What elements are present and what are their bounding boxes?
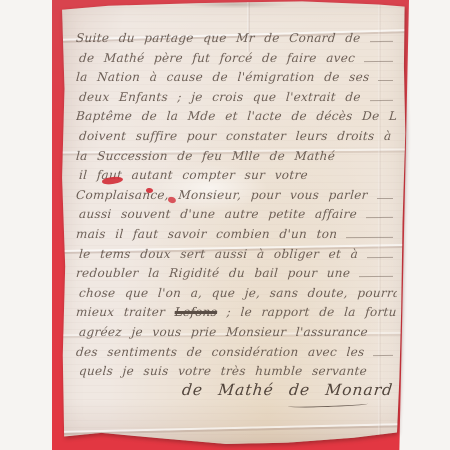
handwriting-line: Suite du partage que Mr de Conard de bbox=[76, 29, 397, 49]
handwriting-line: Baptême de la Mde et l'acte de décès De … bbox=[76, 107, 397, 127]
handwriting-text: mieux traiter Lefons ; le rapport de la … bbox=[76, 303, 397, 323]
pen-stroke-tail bbox=[366, 217, 393, 218]
pen-stroke-tail bbox=[378, 80, 393, 81]
strikethrough-word: Lefons bbox=[174, 305, 217, 319]
handwriting-text: deux Enfants ; je crois que l'extrait de bbox=[79, 88, 361, 108]
handwriting-line: quels je suis votre très humble servante bbox=[79, 362, 397, 382]
handwriting-line: de Mathé père fut forcé de faire avec bbox=[79, 49, 397, 69]
handwriting-line: redoubler la Rigidité du bail pour une bbox=[76, 264, 397, 284]
handwriting-block: Suite du partage que Mr de Conard dede M… bbox=[76, 29, 397, 382]
handwriting-line: aussi souvent d'une autre petite affaire bbox=[79, 205, 397, 225]
handwriting-line: deux Enfants ; je crois que l'extrait de bbox=[79, 88, 397, 108]
pen-stroke-tail bbox=[346, 237, 393, 238]
handwriting-text: Complaisance, Monsieur, pour vous parler bbox=[76, 186, 368, 206]
handwriting-line: agréez je vous prie Monsieur l'assurance bbox=[79, 323, 397, 343]
handwriting-line: doivent suffire pour constater leurs dro… bbox=[79, 127, 397, 147]
handwriting-line: chose que l'on a, que je, sans doute, po… bbox=[79, 284, 397, 304]
handwriting-line: Complaisance, Monsieur, pour vous parler bbox=[76, 186, 397, 206]
handwriting-line: il faut autant compter sur votre bbox=[79, 166, 397, 186]
handwriting-line: le tems doux sert aussi à obliger et à bbox=[79, 245, 397, 265]
handwriting-text: des sentiments de considération avec les bbox=[76, 343, 365, 363]
handwriting-text: la Nation à cause de l'émigration de ses bbox=[76, 68, 370, 88]
pen-stroke-tail bbox=[359, 276, 393, 277]
photo-background: Suite du partage que Mr de Conard dede M… bbox=[0, 0, 450, 450]
handwriting-text: Suite du partage que Mr de Conard de bbox=[76, 29, 361, 49]
signature: de Mathé de Monard bbox=[181, 381, 394, 399]
handwriting-text: chose que l'on a, que je, sans doute, po… bbox=[79, 284, 397, 304]
handwriting-line: mieux traiter Lefons ; le rapport de la … bbox=[76, 303, 397, 323]
handwriting-line: mais il faut savoir combien d'un ton bbox=[76, 225, 397, 245]
letter-paper-wrap: Suite du partage que Mr de Conard dede M… bbox=[60, 0, 406, 444]
pen-stroke-tail bbox=[370, 100, 393, 101]
handwriting-text: la Succession de feu Mlle de Mathé bbox=[76, 147, 336, 167]
pen-stroke-tail bbox=[370, 41, 393, 42]
handwriting-text: de Mathé père fut forcé de faire avec bbox=[79, 49, 356, 69]
handwriting-text: quels je suis votre très humble servante bbox=[79, 362, 368, 382]
pen-stroke-tail bbox=[377, 198, 393, 199]
handwriting-line: des sentiments de considération avec les bbox=[76, 343, 397, 363]
handwriting-text: redoubler la Rigidité du bail pour une bbox=[76, 264, 351, 284]
handwriting-text: le tems doux sert aussi à obliger et à bbox=[79, 245, 359, 265]
pen-stroke-tail bbox=[364, 60, 393, 61]
faint-ink-smudge bbox=[180, 1, 290, 8]
handwriting-text: Baptême de la Mde et l'acte de décès De … bbox=[76, 107, 397, 127]
pen-stroke-tail bbox=[367, 256, 393, 257]
signature-flourish bbox=[288, 402, 368, 409]
letter-paper: Suite du partage que Mr de Conard dede M… bbox=[60, 0, 406, 444]
handwriting-text: mais il faut savoir combien d'un ton bbox=[76, 225, 338, 245]
handwriting-line: la Succession de feu Mlle de Mathé bbox=[76, 147, 397, 167]
fold-crease bbox=[60, 423, 406, 435]
handwriting-text: aussi souvent d'une autre petite affaire bbox=[79, 205, 358, 225]
handwriting-text: agréez je vous prie Monsieur l'assurance bbox=[79, 323, 369, 343]
pen-stroke-tail bbox=[373, 354, 393, 355]
red-wax-mark bbox=[146, 188, 153, 193]
handwriting-line: la Nation à cause de l'émigration de ses bbox=[76, 68, 397, 88]
handwriting-text: doivent suffire pour constater leurs dro… bbox=[79, 127, 392, 147]
